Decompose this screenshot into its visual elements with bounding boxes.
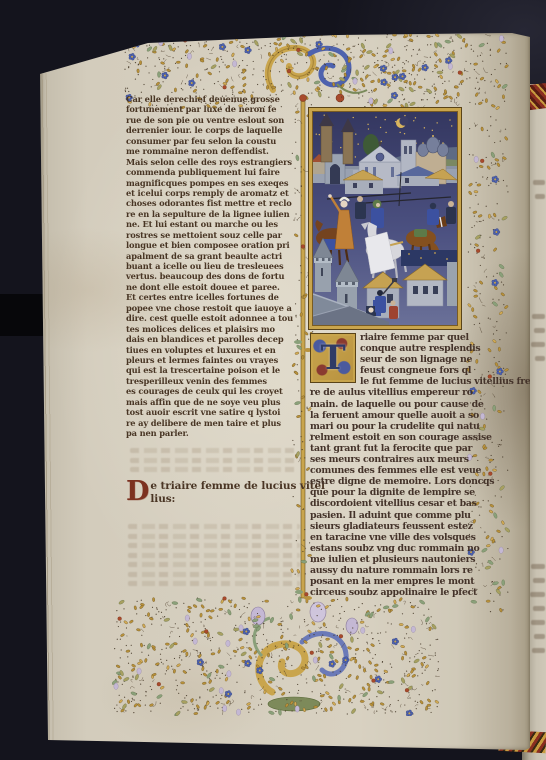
manuscript-line: aussy du nature rommain lors re xyxy=(310,565,470,576)
manuscript-line: consumer par feu selon la coustu xyxy=(126,136,306,146)
bleedthrough-text xyxy=(130,448,298,477)
manuscript-page: Car elle derechief deuenue grossefortune… xyxy=(38,30,530,752)
manuscript-line: derrenier iour. le corps de laquelle xyxy=(126,125,306,135)
miniature-painting xyxy=(308,107,462,330)
manuscript-line: tost auoir escrit vne satire q lystoi xyxy=(126,407,306,417)
manuscript-line: et icelui corps remply de aromatz et xyxy=(126,188,306,198)
manuscript-line: tes molices delices et plaisirs mo xyxy=(126,324,306,334)
manuscript-line: dais en blandices et parolles decep xyxy=(126,334,306,344)
manuscript-line: que pour la dignite de lempire se xyxy=(310,487,470,498)
acanthus-ornament-bottom xyxy=(251,602,358,711)
manuscript-line: es courages de ceulx qui les croyet xyxy=(126,386,306,396)
manuscript-line: pasien. Il aduint que comme plu xyxy=(310,510,470,521)
facing-page-ghost-text xyxy=(535,356,545,361)
manuscript-line: Car elle derechief deuenue grosse xyxy=(126,94,306,104)
facing-page-ghost-text xyxy=(534,328,545,333)
manuscript-line: discordoient vitellius cesar et bas xyxy=(310,498,470,509)
manuscript-line: re ay delibere de men taire et plus xyxy=(126,418,306,428)
facing-page-ghost-text xyxy=(533,606,545,611)
facing-page-ghost-text xyxy=(534,634,545,639)
manuscript-line: pleurs et lermes faintes ou vrayes xyxy=(126,355,306,365)
manuscript-line: choses odorantes fist mettre et reclo xyxy=(126,198,306,208)
manuscript-line: tresperilleux venin des femmes xyxy=(126,376,306,386)
right-text-column: T riaire femme par quelconque autre resp… xyxy=(310,332,470,604)
manuscript-line: commenda publiquement lui faire xyxy=(126,167,306,177)
manuscript-line: re en la sepulture de la lignee iulien xyxy=(126,209,306,219)
rubric-line: e triaire femme de lucius vitel xyxy=(126,480,321,493)
manuscript-line: mais affin que de ne soye veu plus xyxy=(126,397,306,407)
manuscript-line: magnificques pompes en ses exeqes xyxy=(126,178,306,188)
facing-page-ghost-text xyxy=(531,342,545,347)
page-clamp xyxy=(0,294,46,336)
manuscript-line: me iulien et plusieurs nautoniers xyxy=(310,554,470,565)
facing-page-ghost-text xyxy=(535,194,545,199)
manuscript-line: ne. Et lui estant ou marche ou les xyxy=(126,219,306,229)
illuminated-initial-T: T xyxy=(310,333,356,383)
facing-page-ghost-text xyxy=(533,578,545,583)
facing-page-ghost-text xyxy=(533,180,545,185)
manuscript-line: rostres se mettoient souz celle par xyxy=(126,230,306,240)
manuscript-line: tant grant fut la ferocite que par xyxy=(310,443,470,454)
crescent-moon-icon xyxy=(396,116,409,128)
rubric-line: lius: xyxy=(126,493,321,506)
manuscript-line: re de aulus vitellius empereur ro xyxy=(310,387,470,398)
manuscript-line: fortunement par luxe de neron fe xyxy=(126,104,306,114)
manuscript-line: longue et bien composee oration pri xyxy=(126,240,306,250)
manuscript-line: tiues en voluptes et luxures et en xyxy=(126,345,306,355)
manuscript-line: relment estoit en son courage assise xyxy=(310,432,470,443)
bleedthrough-text xyxy=(128,524,300,591)
manuscript-line: ses meurs contraires aux meurs xyxy=(310,454,470,465)
facing-page-ghost-text xyxy=(532,648,545,653)
manuscript-line: popee vne chose restoit que iauoye a xyxy=(126,303,306,313)
manuscript-line: buant a icelle ou lieu de tresleuees xyxy=(126,261,306,271)
facing-page-ghost-text xyxy=(532,314,545,319)
stacked-page-edges xyxy=(35,40,57,740)
manuscript-line: estre digne de memoire. Lors doncqs xyxy=(310,476,470,487)
manuscript-line: Mais selon celle des roys estrangiers xyxy=(126,157,306,167)
manuscript-line: rue de son pie ou ventre eslout son xyxy=(126,115,306,125)
facing-page-ghost-text xyxy=(530,592,545,597)
manuscript-line: Et certes entre icelles fortunes de xyxy=(126,292,306,302)
manuscript-line: vertus. beaucoup des dons de fortu xyxy=(126,271,306,281)
manuscript-line: mari ou pour la crudelite qui natu xyxy=(310,421,470,432)
manuscript-line: la feruent amour quelle auoit a so xyxy=(310,410,470,421)
manuscript-line: comunes des femmes elle est veue xyxy=(310,465,470,476)
bottom-floral-border xyxy=(112,596,442,716)
manuscript-line: posant en la mer empres le mont xyxy=(310,576,470,587)
facing-page-ghost-text xyxy=(531,564,545,569)
left-text-column: Car elle derechief deuenue grossefortune… xyxy=(126,94,306,446)
facing-page-ghost-text xyxy=(531,620,545,625)
manuscript-line: ne dont elle estoit douee et paree. xyxy=(126,282,306,292)
manuscript-line: main. de laquelle ou pour cause de xyxy=(310,399,470,410)
manuscript-line: sieurs gladiateurs feussent estez xyxy=(310,521,470,532)
chapter-rubric: D e triaire femme de lucius vitel lius: xyxy=(126,480,321,506)
photo-backdrop: Car elle derechief deuenue grossefortune… xyxy=(0,0,546,760)
manuscript-line: en taracine vne ville des volsques xyxy=(310,532,470,543)
manuscript-line: pa nen parler. xyxy=(126,428,306,438)
manuscript-line: estans soubz vng duc rommain no xyxy=(310,543,470,554)
rubric-initial: D xyxy=(126,480,149,504)
manuscript-line: circeus soubz appolinaire le pfect xyxy=(310,587,470,598)
manuscript-line: me rommaine neron deffendist. xyxy=(126,146,306,156)
city-buildings xyxy=(313,113,457,194)
manuscript-line: apalment de sa grant beaulte actri xyxy=(126,251,306,261)
manuscript-line: dire. cest quelle estoit adonnee a tou xyxy=(126,313,306,323)
manuscript-line: qui est la trescertaine poison et le xyxy=(126,365,306,375)
